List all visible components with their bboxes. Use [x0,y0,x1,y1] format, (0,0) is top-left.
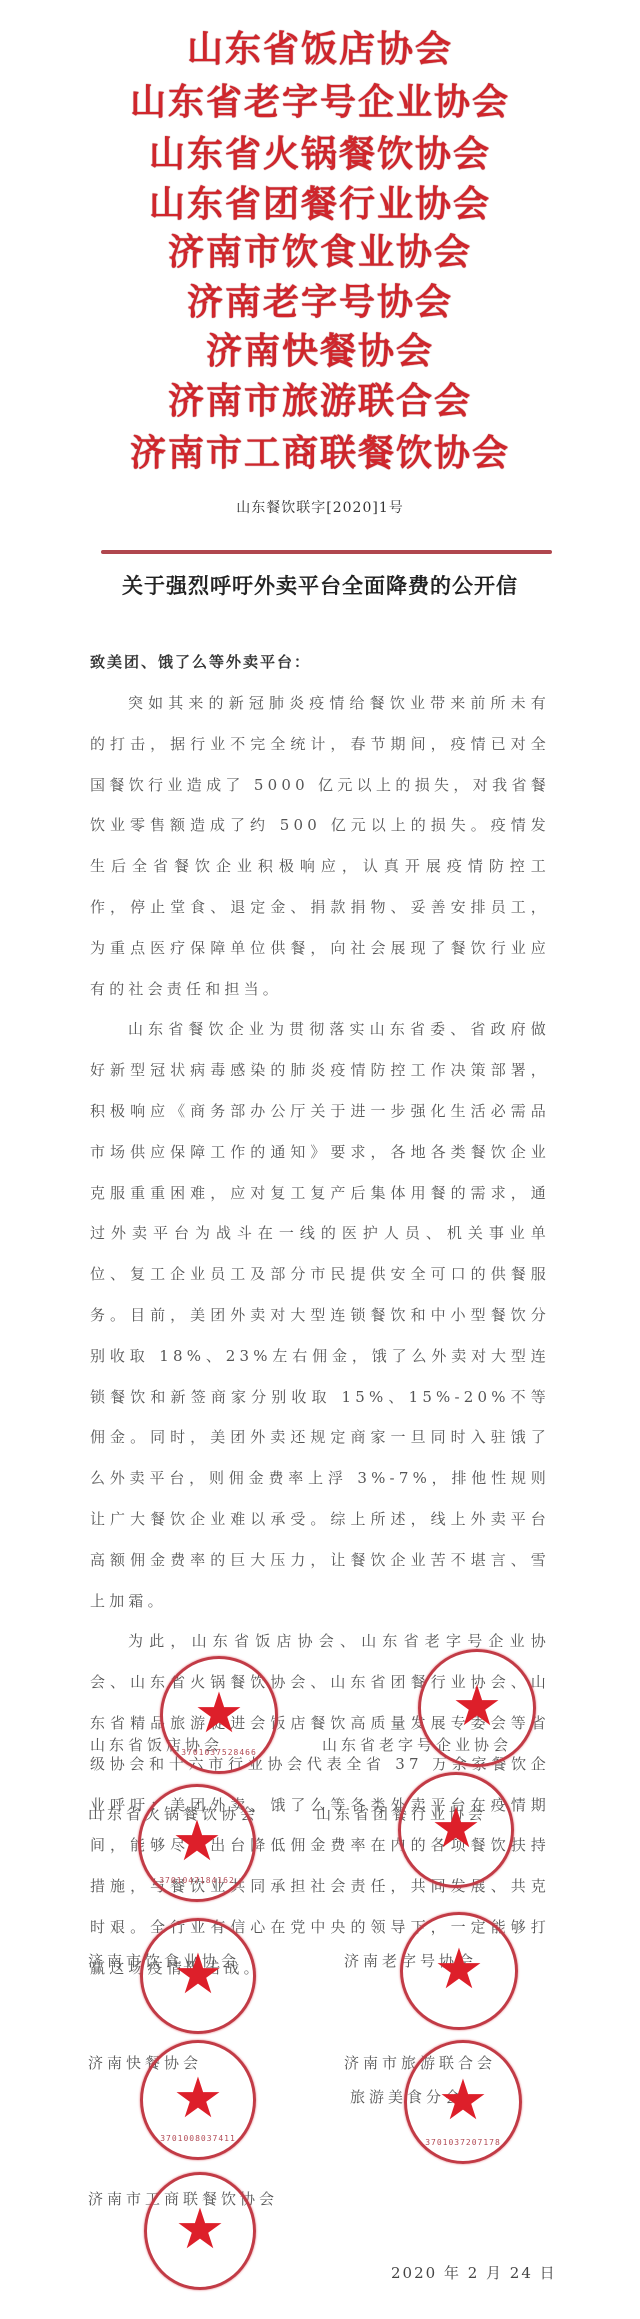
official-seal-7: ★ 3701008037411 [140,2040,256,2160]
letterhead-org-1: 山东省饭店协会 [0,28,640,72]
official-seal-9: ★ [144,2172,256,2290]
official-seal-4: ★ [398,1772,514,1888]
red-star-icon: ★ [173,1947,223,2003]
official-seal-8: ★ 3701037207178 [404,2040,522,2164]
letterhead-org-5: 济南市饮食业协会 [0,231,640,275]
seal-number: 3701047184162 [141,1876,253,1885]
official-seal-6: ★ [400,1912,518,2030]
salutation: 致美团、饿了么等外卖平台： [90,651,311,672]
letterhead-org-2: 山东省老字号企业协会 [0,81,640,125]
red-star-icon: ★ [194,1686,244,1742]
letterhead-org-7: 济南快餐协会 [0,330,640,374]
red-star-icon: ★ [434,1942,484,1998]
red-star-icon: ★ [173,2071,223,2127]
letter-date: 2020 年 2 月 24 日 [391,2262,557,2283]
red-star-icon: ★ [452,1679,502,1735]
red-star-icon: ★ [172,1814,222,1870]
seal-number: 3701037207178 [407,2138,519,2147]
letterhead-org-8: 济南市旅游联合会 [0,380,640,424]
seal-number: 3701037528466 [163,1748,275,1757]
seal-number: 3701008037411 [143,2134,253,2143]
official-seal-3: ★ 3701047184162 [138,1784,256,1902]
letterhead-org-3: 山东省火锅餐饮协会 [0,133,640,177]
red-star-icon: ★ [431,1801,481,1857]
official-seal-2: ★ [418,1649,536,1767]
red-star-icon: ★ [175,2202,225,2258]
letterhead-org-6: 济南老字号协会 [0,281,640,325]
red-star-icon: ★ [438,2073,488,2129]
letterhead-org-4: 山东省团餐行业协会 [0,183,640,227]
letter-title: 关于强烈呼吁外卖平台全面降费的公开信 [0,570,640,600]
paragraph-1: 突如其来的新冠肺炎疫情给餐饮业带来前所未有的打击，据行业不完全统计，春节期间，疫… [90,683,550,1009]
document-number: 山东餐饮联字[2020]1号 [0,497,640,517]
official-seal-1: ★ 3701037528466 [160,1656,278,1774]
letterhead-org-9: 济南市工商联餐饮协会 [0,432,640,476]
red-divider [101,550,552,554]
paragraph-2: 山东省餐饮企业为贯彻落实山东省委、省政府做好新型冠状病毒感染的肺炎疫情防控工作决… [90,1009,550,1621]
official-seal-5: ★ [140,1918,256,2034]
